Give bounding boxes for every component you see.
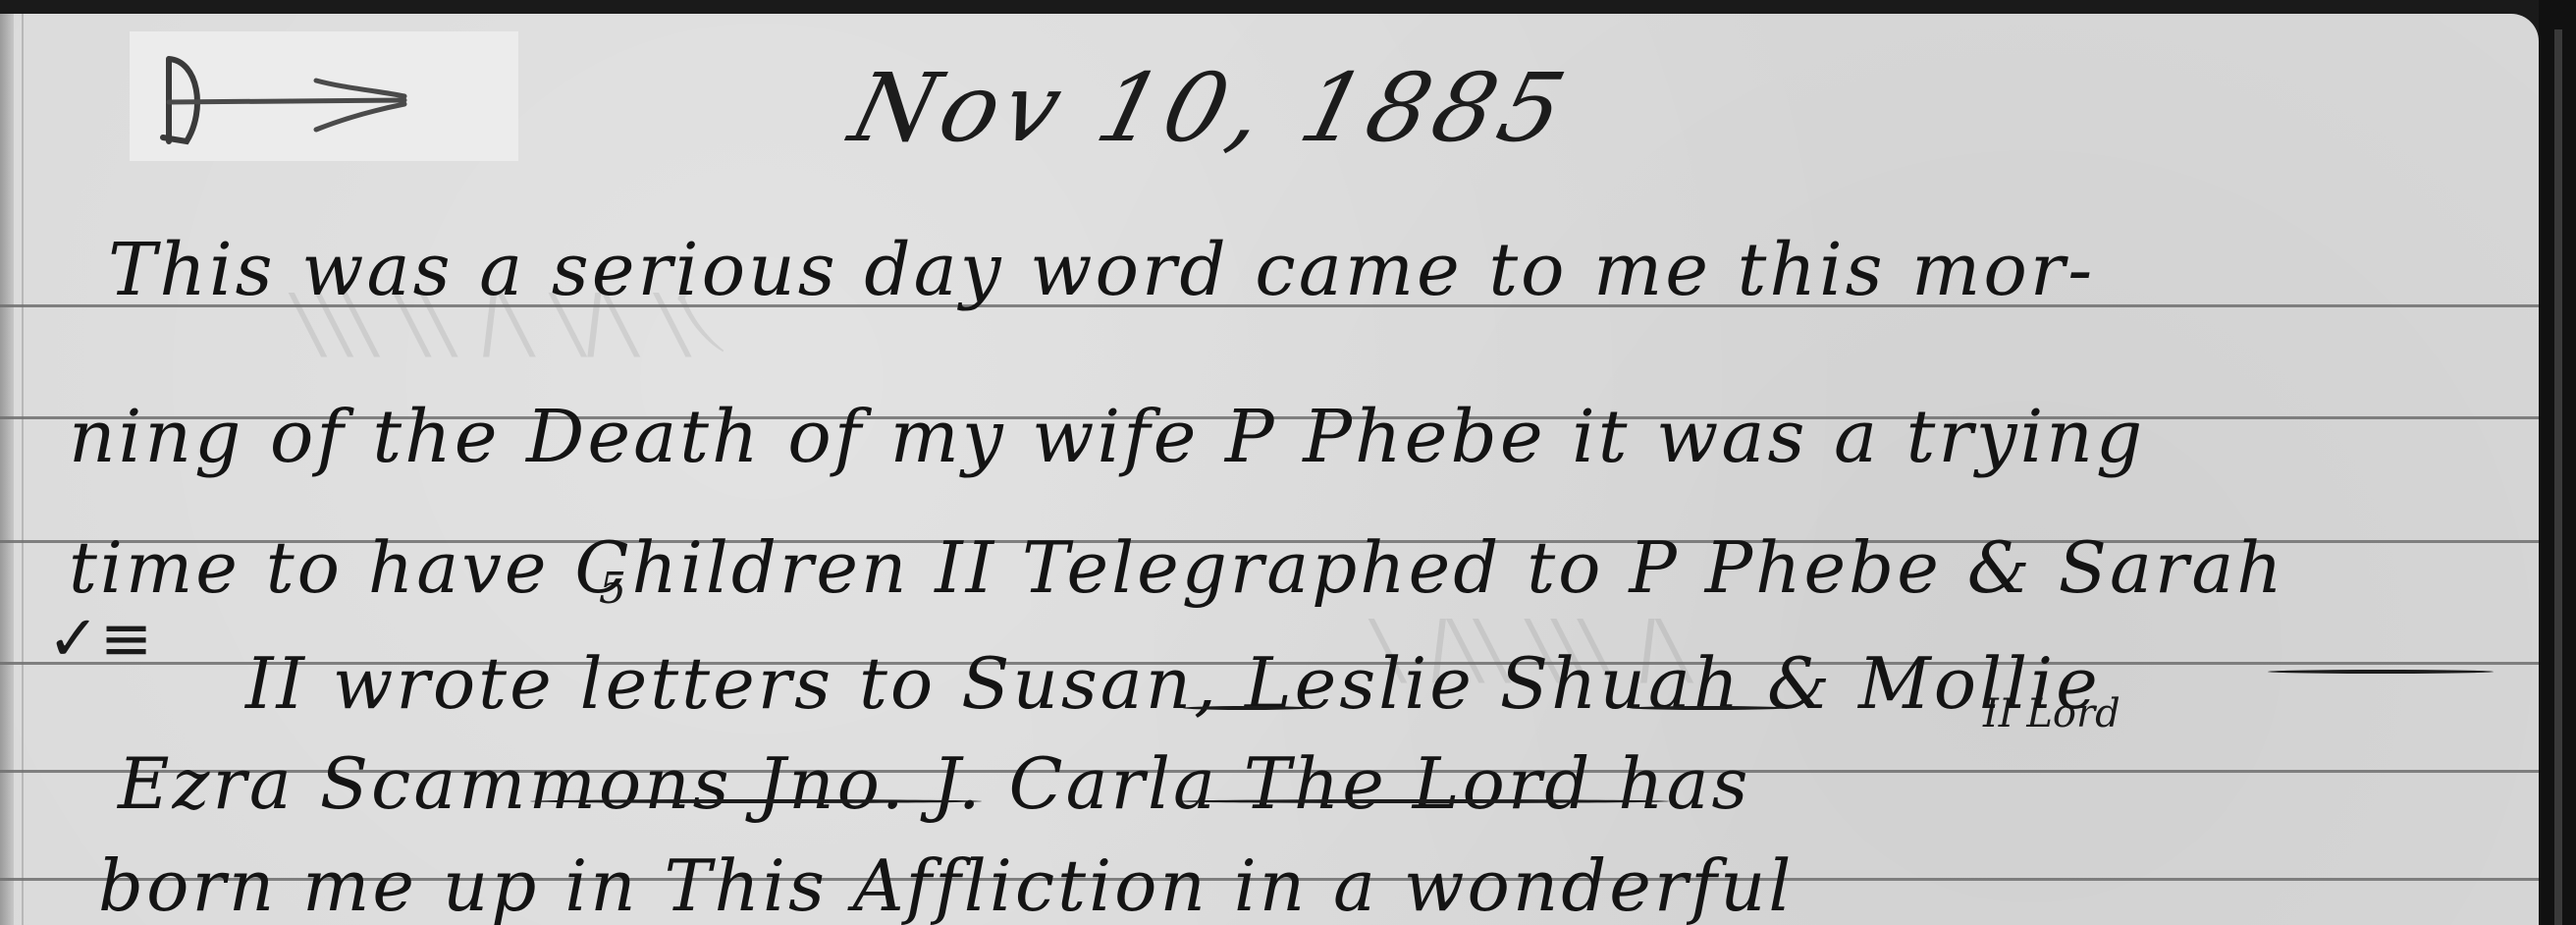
margin-tally-mark: ✓≡ xyxy=(47,603,152,676)
text-line-2: ning of the Death of my wife P Phebe it … xyxy=(69,395,2145,479)
d-arrow-icon xyxy=(130,31,518,161)
cover-edge-inner xyxy=(2554,29,2562,925)
notebook-cover-edge xyxy=(2539,0,2576,925)
text-line-6: born me up in This Affliction in a wonde… xyxy=(98,844,1794,925)
underline-scammons xyxy=(530,799,982,803)
text-line-5: Ezra Scammons Jno. J. Carla The Lord has xyxy=(118,742,1751,825)
underline-mollie xyxy=(2268,670,2494,674)
diary-page: ﾉ/ /\/ /\ // /// /\ /// //\ / D Nov 10, … xyxy=(0,14,2539,925)
entry-date: Nov 10, 1885 xyxy=(840,53,1581,163)
text-line-1: This was a serious day word came to me t… xyxy=(108,228,2095,312)
underline-leslie xyxy=(1630,706,1787,710)
binding-edge xyxy=(0,14,14,925)
underline-susan xyxy=(1183,706,1311,710)
text-line-4: II wrote letters to Susan, Leslie Shuah … xyxy=(245,642,2101,725)
underline-carla xyxy=(1178,799,1669,803)
stamp-box: D xyxy=(130,31,518,161)
margin-line xyxy=(22,14,24,925)
text-line-3: time to have Children II Telegraphed to … xyxy=(69,526,2285,609)
